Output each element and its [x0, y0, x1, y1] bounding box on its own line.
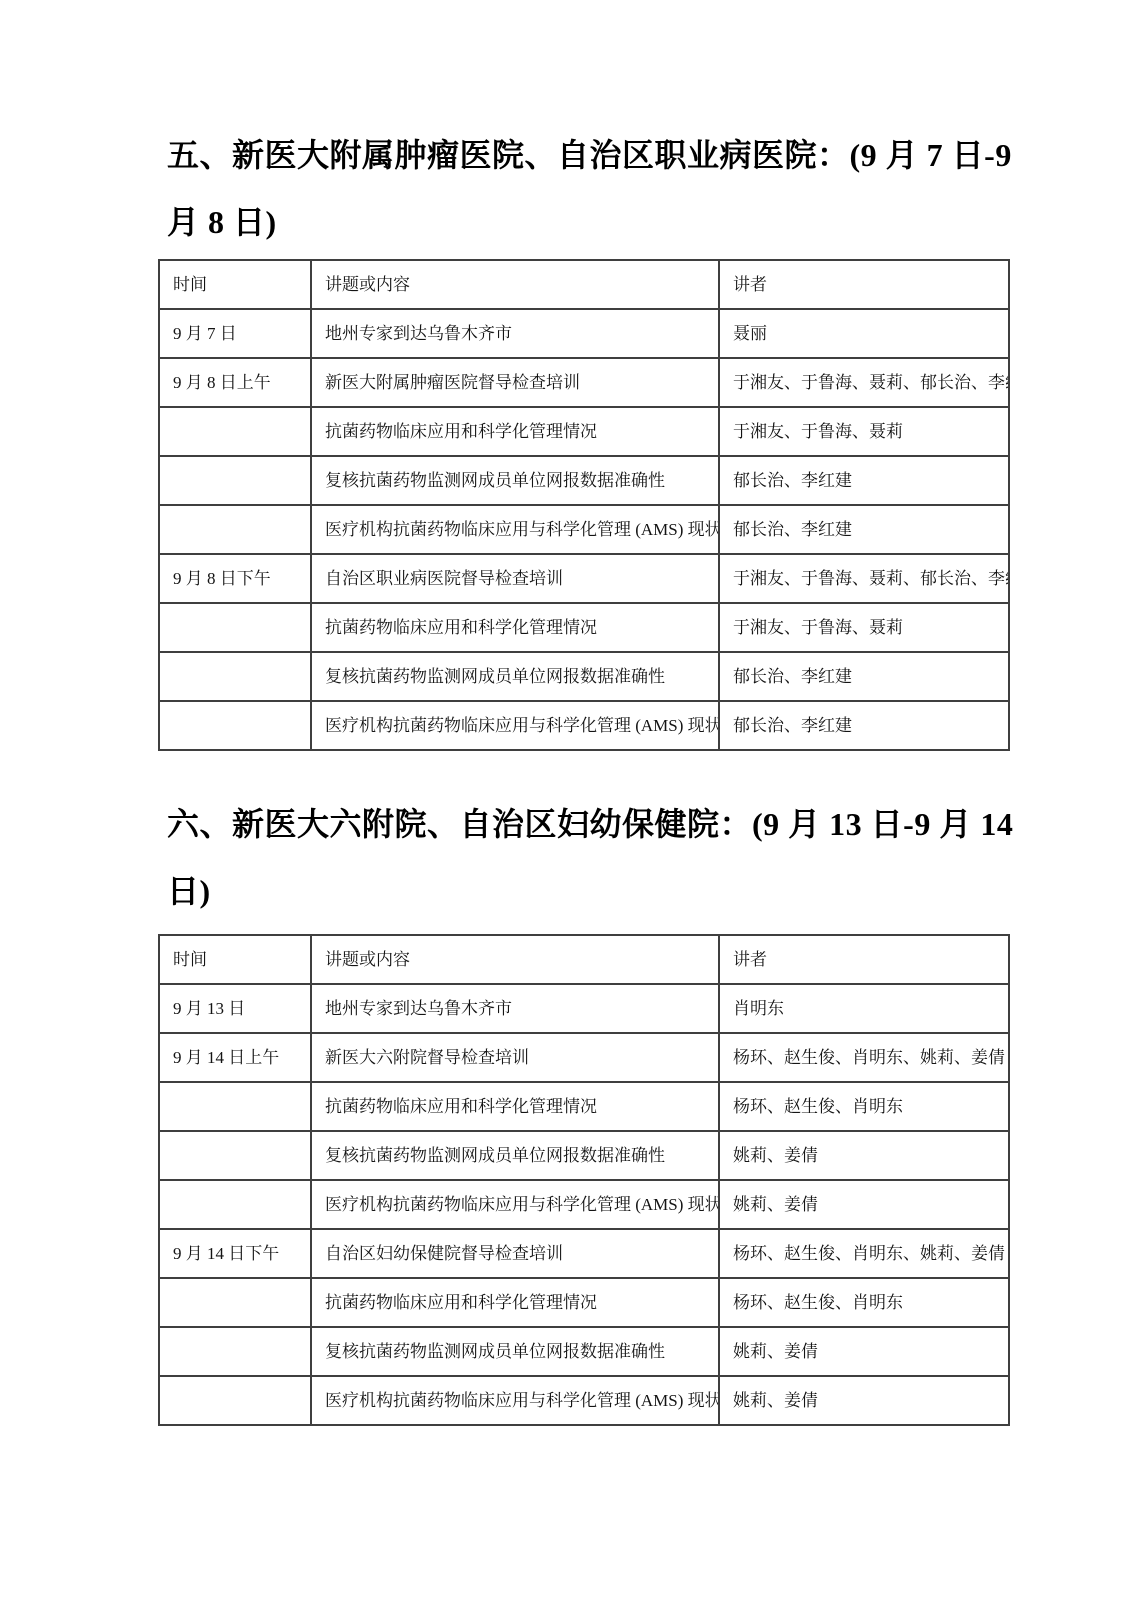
schedule-table-2: 时间 讲题或内容 讲者 9 月 13 日地州专家到达乌鲁木齐市肖明东9 月 14…: [158, 934, 1010, 1426]
speaker-cell: 肖明东: [719, 984, 1009, 1033]
time-cell: [159, 456, 311, 505]
time-cell: [159, 1278, 311, 1327]
speaker-column-header: 讲者: [719, 260, 1009, 309]
topic-cell: 医疗机构抗菌药物临床应用与科学化管理 (AMS) 现状调查: [311, 505, 719, 554]
speaker-cell: 聂丽: [719, 309, 1009, 358]
table-row: 抗菌药物临床应用和科学化管理情况于湘友、于鲁海、聂莉: [159, 603, 1009, 652]
table-row: 复核抗菌药物监测网成员单位网报数据准确性姚莉、姜倩: [159, 1131, 1009, 1180]
topic-cell: 医疗机构抗菌药物临床应用与科学化管理 (AMS) 现状调查: [311, 701, 719, 750]
topic-cell: 医疗机构抗菌药物临床应用与科学化管理 (AMS) 现状调查: [311, 1376, 719, 1425]
time-cell: 9 月 14 日上午: [159, 1033, 311, 1082]
time-cell: 9 月 8 日上午: [159, 358, 311, 407]
table-row: 9 月 14 日下午自治区妇幼保健院督导检查培训杨环、赵生俊、肖明东、姚莉、姜倩: [159, 1229, 1009, 1278]
topic-cell: 地州专家到达乌鲁木齐市: [311, 309, 719, 358]
speaker-cell: 姚莉、姜倩: [719, 1180, 1009, 1229]
topic-cell: 复核抗菌药物监测网成员单位网报数据准确性: [311, 456, 719, 505]
speaker-cell: 杨环、赵生俊、肖明东、姚莉、姜倩: [719, 1229, 1009, 1278]
speaker-cell: 于湘友、于鲁海、聂莉、郁长治、李红建: [719, 554, 1009, 603]
table-row: 9 月 8 日下午自治区职业病医院督导检查培训于湘友、于鲁海、聂莉、郁长治、李红…: [159, 554, 1009, 603]
time-cell: [159, 1376, 311, 1425]
section-heading: 五、新医大附属肿瘤医院、自治区职业病医院：(9 月 7 日-9 月 8 日): [158, 122, 1008, 256]
topic-cell: 抗菌药物临床应用和科学化管理情况: [311, 407, 719, 456]
time-cell: 9 月 7 日: [159, 309, 311, 358]
topic-cell: 医疗机构抗菌药物临床应用与科学化管理 (AMS) 现状调查: [311, 1180, 719, 1229]
topic-cell: 地州专家到达乌鲁木齐市: [311, 984, 719, 1033]
speaker-cell: 于湘友、于鲁海、聂莉: [719, 603, 1009, 652]
table-row: 复核抗菌药物监测网成员单位网报数据准确性姚莉、姜倩: [159, 1327, 1009, 1376]
topic-cell: 抗菌药物临床应用和科学化管理情况: [311, 603, 719, 652]
heading-line: 日): [167, 858, 1008, 925]
speaker-cell: 郁长治、李红建: [719, 456, 1009, 505]
schedule-table-1: 时间 讲题或内容 讲者 9 月 7 日地州专家到达乌鲁木齐市聂丽9 月 8 日上…: [158, 259, 1010, 751]
table-row: 9 月 13 日地州专家到达乌鲁木齐市肖明东: [159, 984, 1009, 1033]
topic-cell: 抗菌药物临床应用和科学化管理情况: [311, 1082, 719, 1131]
table-header-row: 时间 讲题或内容 讲者: [159, 935, 1009, 984]
topic-cell: 复核抗菌药物监测网成员单位网报数据准确性: [311, 652, 719, 701]
table-header-row: 时间 讲题或内容 讲者: [159, 260, 1009, 309]
speaker-cell: 杨环、赵生俊、肖明东: [719, 1082, 1009, 1131]
topic-cell: 新医大附属肿瘤医院督导检查培训: [311, 358, 719, 407]
heading-line: 月 8 日): [167, 189, 1008, 256]
topic-cell: 自治区职业病医院督导检查培训: [311, 554, 719, 603]
table-row: 抗菌药物临床应用和科学化管理情况杨环、赵生俊、肖明东: [159, 1082, 1009, 1131]
speaker-cell: 姚莉、姜倩: [719, 1376, 1009, 1425]
section-6-sixth-affiliated-maternal-hospitals: 六、新医大六附院、自治区妇幼保健院：(9 月 13 日-9 月 14 日) 时间…: [158, 791, 1008, 1426]
time-cell: [159, 1180, 311, 1229]
topic-cell: 新医大六附院督导检查培训: [311, 1033, 719, 1082]
time-cell: [159, 652, 311, 701]
speaker-cell: 于湘友、于鲁海、聂莉: [719, 407, 1009, 456]
table-row: 抗菌药物临床应用和科学化管理情况于湘友、于鲁海、聂莉: [159, 407, 1009, 456]
speaker-cell: 姚莉、姜倩: [719, 1131, 1009, 1180]
time-cell: [159, 505, 311, 554]
table-row: 医疗机构抗菌药物临床应用与科学化管理 (AMS) 现状调查郁长治、李红建: [159, 505, 1009, 554]
time-column-header: 时间: [159, 935, 311, 984]
time-column-header: 时间: [159, 260, 311, 309]
time-cell: [159, 1082, 311, 1131]
table-row: 复核抗菌药物监测网成员单位网报数据准确性郁长治、李红建: [159, 652, 1009, 701]
table-row: 抗菌药物临床应用和科学化管理情况杨环、赵生俊、肖明东: [159, 1278, 1009, 1327]
speaker-cell: 郁长治、李红建: [719, 701, 1009, 750]
topic-cell: 抗菌药物临床应用和科学化管理情况: [311, 1278, 719, 1327]
time-cell: [159, 1131, 311, 1180]
time-cell: [159, 1327, 311, 1376]
heading-line: 六、新医大六附院、自治区妇幼保健院：(9 月 13 日-9 月 14: [167, 791, 1008, 858]
speaker-cell: 杨环、赵生俊、肖明东: [719, 1278, 1009, 1327]
section-5-tumor-occupational-hospitals: 五、新医大附属肿瘤医院、自治区职业病医院：(9 月 7 日-9 月 8 日) 时…: [158, 122, 1008, 751]
speaker-cell: 于湘友、于鲁海、聂莉、郁长治、李红建: [719, 358, 1009, 407]
speaker-column-header: 讲者: [719, 935, 1009, 984]
table-row: 复核抗菌药物监测网成员单位网报数据准确性郁长治、李红建: [159, 456, 1009, 505]
topic-column-header: 讲题或内容: [311, 260, 719, 309]
table-row: 9 月 14 日上午新医大六附院督导检查培训杨环、赵生俊、肖明东、姚莉、姜倩: [159, 1033, 1009, 1082]
heading-line: 五、新医大附属肿瘤医院、自治区职业病医院：(9 月 7 日-9: [167, 122, 1008, 189]
speaker-cell: 郁长治、李红建: [719, 505, 1009, 554]
document-content: 五、新医大附属肿瘤医院、自治区职业病医院：(9 月 7 日-9 月 8 日) 时…: [158, 0, 1008, 1426]
topic-cell: 复核抗菌药物监测网成员单位网报数据准确性: [311, 1327, 719, 1376]
time-cell: [159, 407, 311, 456]
topic-cell: 复核抗菌药物监测网成员单位网报数据准确性: [311, 1131, 719, 1180]
table-row: 医疗机构抗菌药物临床应用与科学化管理 (AMS) 现状调查姚莉、姜倩: [159, 1180, 1009, 1229]
section-heading: 六、新医大六附院、自治区妇幼保健院：(9 月 13 日-9 月 14 日): [158, 791, 1008, 925]
table-row: 9 月 8 日上午新医大附属肿瘤医院督导检查培训于湘友、于鲁海、聂莉、郁长治、李…: [159, 358, 1009, 407]
time-cell: 9 月 13 日: [159, 984, 311, 1033]
topic-column-header: 讲题或内容: [311, 935, 719, 984]
table-row: 9 月 7 日地州专家到达乌鲁木齐市聂丽: [159, 309, 1009, 358]
table-row: 医疗机构抗菌药物临床应用与科学化管理 (AMS) 现状调查郁长治、李红建: [159, 701, 1009, 750]
speaker-cell: 姚莉、姜倩: [719, 1327, 1009, 1376]
table-row: 医疗机构抗菌药物临床应用与科学化管理 (AMS) 现状调查姚莉、姜倩: [159, 1376, 1009, 1425]
time-cell: 9 月 14 日下午: [159, 1229, 311, 1278]
topic-cell: 自治区妇幼保健院督导检查培训: [311, 1229, 719, 1278]
time-cell: 9 月 8 日下午: [159, 554, 311, 603]
speaker-cell: 杨环、赵生俊、肖明东、姚莉、姜倩: [719, 1033, 1009, 1082]
time-cell: [159, 701, 311, 750]
speaker-cell: 郁长治、李红建: [719, 652, 1009, 701]
document-page: 五、新医大附属肿瘤医院、自治区职业病医院：(9 月 7 日-9 月 8 日) 时…: [0, 0, 1131, 1600]
time-cell: [159, 603, 311, 652]
